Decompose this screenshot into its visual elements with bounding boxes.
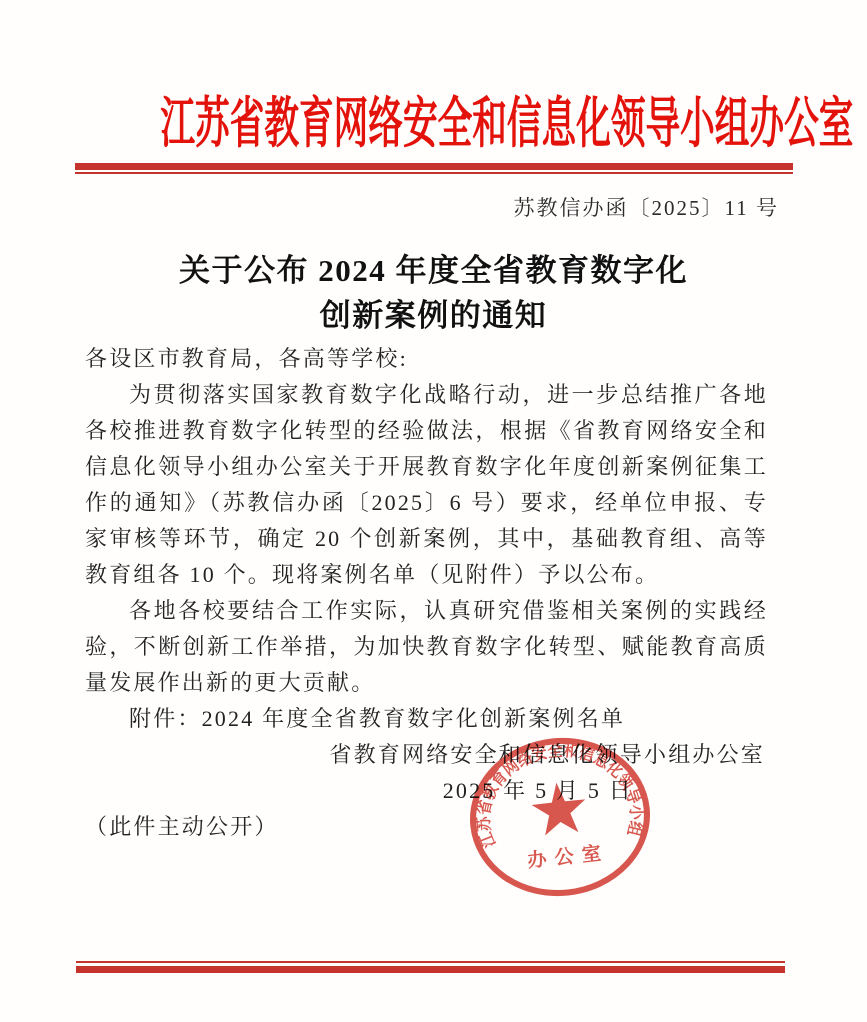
document-page: 江苏省教育网络安全和信息化领导小组办公室 苏教信办函〔2025〕11 号 关于公… xyxy=(0,0,867,1022)
body-paragraph-1: 为贯彻落实国家教育数字化战略行动，进一步总结推广各地各校推进教育数字化转型的经验… xyxy=(85,377,768,593)
seal-center-text: 办公室 xyxy=(526,841,610,872)
document-title-line1: 关于公布 2024 年度全省教育数字化 xyxy=(179,253,688,288)
document-number: 苏教信办函〔2025〕11 号 xyxy=(514,192,779,222)
body-paragraph-2: 各地各校要结合工作实际，认真研究借鉴相关案例的实践经验，不断创新工作举措，为加快… xyxy=(85,593,768,701)
masthead-title: 江苏省教育网络安全和信息化领导小组办公室 xyxy=(160,94,706,155)
masthead-divider-thin-line xyxy=(75,172,793,174)
document-title: 关于公布 2024 年度全省教育数字化创新案例的通知 xyxy=(0,248,867,338)
document-title-line2: 创新案例的通知 xyxy=(320,298,548,333)
footer-divider xyxy=(76,961,785,973)
masthead-divider-thick-line xyxy=(75,163,793,170)
masthead-divider xyxy=(75,163,793,174)
footer-divider-thick-line xyxy=(76,966,785,973)
attachment-line: 附件：2024 年度全省教育数字化创新案例名单 xyxy=(85,701,768,737)
issuing-office-signature: 省教育网络安全和信息化领导小组办公室 xyxy=(85,737,768,773)
issue-date: 2025 年 5 月 5 日 xyxy=(85,773,768,809)
footer-divider-thin-line xyxy=(76,961,785,963)
document-body: 各设区市教育局，各高等学校: 为贯彻落实国家教育数字化战略行动，进一步总结推广各… xyxy=(85,341,768,845)
disclosure-footnote: （此件主动公开） xyxy=(85,809,768,845)
salutation: 各设区市教育局，各高等学校: xyxy=(85,341,768,377)
